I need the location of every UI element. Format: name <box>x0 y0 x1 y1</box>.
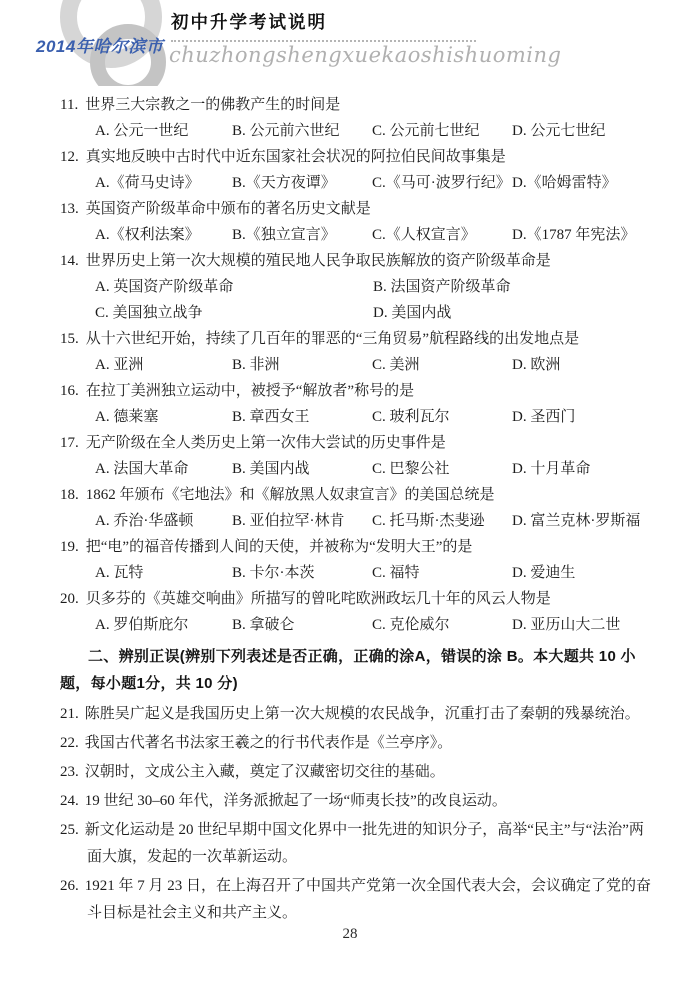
options-row: A.《荷马史诗》 B.《天方夜谭》 C.《马可·波罗行纪》 D.《哈姆雷特》 <box>95 170 658 196</box>
question-stem: 真实地反映中古时代中近东国家社会状况的阿拉伯民间故事集是 <box>86 149 506 165</box>
options-row: A. 英国资产阶级革命 B. 法国资产阶级革命 <box>95 274 658 300</box>
page-number: 28 <box>0 926 700 943</box>
options-row: C. 美国独立战争 D. 美国内战 <box>95 300 658 326</box>
question-block: 18.1862 年颁布《宅地法》和《解放黑人奴隶宣言》的美国总统是 A. 乔治·… <box>60 482 658 534</box>
option: C.《人权宣言》 <box>372 222 512 248</box>
questions-area: 11.世界三大宗教之一的佛教产生的时间是 A. 公元一世纪 B. 公元前六世纪 … <box>0 86 700 927</box>
question-number: 14. <box>60 253 79 269</box>
question-block: 20.贝多芬的《英雄交响曲》所描写的曾叱咤欧洲政坛几十年的风云人物是 A. 罗伯… <box>60 586 658 638</box>
options-row: A. 德莱塞 B. 章西女王 C. 玻利瓦尔 D. 圣西门 <box>95 404 658 430</box>
options-row: A. 瓦特 B. 卡尔·本茨 C. 福特 D. 爱迪生 <box>95 560 658 586</box>
question-stem: 无产阶级在全人类历史上第一次伟大尝试的历史事件是 <box>86 435 446 451</box>
option: B. 卡尔·本茨 <box>232 560 372 586</box>
question-block: 11.世界三大宗教之一的佛教产生的时间是 A. 公元一世纪 B. 公元前六世纪 … <box>60 92 658 144</box>
question-number: 11. <box>60 97 78 113</box>
option: C. 巴黎公社 <box>372 456 512 482</box>
option: D. 爱迪生 <box>512 560 575 586</box>
option: B. 公元前六世纪 <box>232 118 372 144</box>
question-number: 24. <box>60 793 79 809</box>
question-text: 17.无产阶级在全人类历史上第一次伟大尝试的历史事件是 <box>60 430 658 456</box>
tf-statement: 19 世纪 30–60 年代，洋务派掀起了一场“师夷长技”的改良运动。 <box>85 793 507 809</box>
exam-year-region: 2014年哈尔滨市 <box>36 32 163 57</box>
question-number: 21. <box>60 706 79 722</box>
tf-statement: 新文化运动是 20 世纪早期中国文化界中一批先进的知识分子，高举“民主”与“法治… <box>85 822 644 865</box>
exam-title-pinyin: chuzhongshengxuekaoshishuoming <box>169 43 561 67</box>
option: D. 十月革命 <box>512 456 590 482</box>
question-number: 23. <box>60 764 79 780</box>
question-block: 19.把“电”的福音传播到人间的天使，并被称为“发明大王”的是 A. 瓦特 B.… <box>60 534 658 586</box>
option: A. 亚洲 <box>95 352 232 378</box>
question-number: 12. <box>60 149 79 165</box>
option: C. 福特 <box>372 560 512 586</box>
question-text: 20.贝多芬的《英雄交响曲》所描写的曾叱咤欧洲政坛几十年的风云人物是 <box>60 586 658 612</box>
tf-statement: 1921 年 7 月 23 日，在上海召开了中国共产党第一次全国代表大会，会议确… <box>85 878 651 921</box>
option: B. 章西女王 <box>232 404 372 430</box>
option: C. 玻利瓦尔 <box>372 404 512 430</box>
question-number: 15. <box>60 331 79 347</box>
question-block: 12.真实地反映中古时代中近东国家社会状况的阿拉伯民间故事集是 A.《荷马史诗》… <box>60 144 658 196</box>
option: A.《权利法案》 <box>95 222 232 248</box>
option: B. 法国资产阶级革命 <box>373 274 511 300</box>
page-header: 2014年哈尔滨市 初中升学考试说明 chuzhongshengxuekaosh… <box>0 0 700 86</box>
question-text: 13.英国资产阶级革命中颁布的著名历史文献是 <box>60 196 658 222</box>
option: A. 乔治·华盛顿 <box>95 508 232 534</box>
tf-question: 22.我国古代著名书法家王羲之的行书代表作是《兰亭序》。 <box>60 730 658 757</box>
question-text: 19.把“电”的福音传播到人间的天使，并被称为“发明大王”的是 <box>60 534 658 560</box>
exam-title: 初中升学考试说明 <box>171 9 327 34</box>
option: A. 罗伯斯庇尔 <box>95 612 232 638</box>
question-number: 17. <box>60 435 79 451</box>
option: B. 非洲 <box>232 352 372 378</box>
option: C. 克伦威尔 <box>372 612 512 638</box>
question-text: 11.世界三大宗教之一的佛教产生的时间是 <box>60 92 658 118</box>
options-row: A. 乔治·华盛顿 B. 亚伯拉罕·林肯 C. 托马斯·杰斐逊 D. 富兰克林·… <box>95 508 658 534</box>
question-stem: 英国资产阶级革命中颁布的著名历史文献是 <box>86 201 371 217</box>
question-block: 16.在拉丁美洲独立运动中，被授予“解放者”称号的是 A. 德莱塞 B. 章西女… <box>60 378 658 430</box>
question-number: 19. <box>60 539 79 555</box>
option: C. 美国独立战争 <box>95 300 373 326</box>
option: A. 公元一世纪 <box>95 118 232 144</box>
question-text: 18.1862 年颁布《宅地法》和《解放黑人奴隶宣言》的美国总统是 <box>60 482 658 508</box>
option: D.《1787 年宪法》 <box>512 222 635 248</box>
option: D. 富兰克林·罗斯福 <box>512 508 640 534</box>
question-stem: 贝多芬的《英雄交响曲》所描写的曾叱咤欧洲政坛几十年的风云人物是 <box>86 591 551 607</box>
option: A. 法国大革命 <box>95 456 232 482</box>
tf-question: 23.汉朝时，文成公主入藏，奠定了汉藏密切交往的基础。 <box>60 759 658 786</box>
option: D. 公元七世纪 <box>512 118 605 144</box>
option: A. 德莱塞 <box>95 404 232 430</box>
question-stem: 世界三大宗教之一的佛教产生的时间是 <box>85 97 340 113</box>
question-block: 14.世界历史上第一次大规模的殖民地人民争取民族解放的资产阶级革命是 A. 英国… <box>60 248 658 326</box>
option: B. 拿破仑 <box>232 612 372 638</box>
question-number: 16. <box>60 383 79 399</box>
option: B.《独立宣言》 <box>232 222 372 248</box>
option: A. 瓦特 <box>95 560 232 586</box>
option: B. 美国内战 <box>232 456 372 482</box>
question-block: 15.从十六世纪开始，持续了几百年的罪恶的“三角贸易”航程路线的出发地点是 A.… <box>60 326 658 378</box>
options-row: A.《权利法案》 B.《独立宣言》 C.《人权宣言》 D.《1787 年宪法》 <box>95 222 658 248</box>
option: D. 欧洲 <box>512 352 560 378</box>
option: C. 托马斯·杰斐逊 <box>372 508 512 534</box>
tf-statement: 陈胜吴广起义是我国历史上第一次大规模的农民战争，沉重打击了秦朝的残暴统治。 <box>85 706 640 722</box>
question-number: 26. <box>60 878 79 894</box>
tf-statement: 汉朝时，文成公主入藏，奠定了汉藏密切交往的基础。 <box>85 764 445 780</box>
question-stem: 把“电”的福音传播到人间的天使，并被称为“发明大王”的是 <box>86 539 473 555</box>
options-row: A. 亚洲 B. 非洲 C. 美洲 D. 欧洲 <box>95 352 658 378</box>
options-row: A. 罗伯斯庇尔 B. 拿破仑 C. 克伦威尔 D. 亚历山大二世 <box>95 612 658 638</box>
question-stem: 1862 年颁布《宅地法》和《解放黑人奴隶宣言》的美国总统是 <box>86 487 495 503</box>
option: D.《哈姆雷特》 <box>512 170 617 196</box>
question-number: 20. <box>60 591 79 607</box>
question-number: 13. <box>60 201 79 217</box>
option: B. 亚伯拉罕·林肯 <box>232 508 372 534</box>
option: C. 美洲 <box>372 352 512 378</box>
tf-question: 25.新文化运动是 20 世纪早期中国文化界中一批先进的知识分子，高举“民主”与… <box>60 817 658 871</box>
option: A. 英国资产阶级革命 <box>95 274 373 300</box>
tf-question: 24.19 世纪 30–60 年代，洋务派掀起了一场“师夷长技”的改良运动。 <box>60 788 658 815</box>
option: A.《荷马史诗》 <box>95 170 232 196</box>
question-text: 15.从十六世纪开始，持续了几百年的罪恶的“三角贸易”航程路线的出发地点是 <box>60 326 658 352</box>
exam-page: 2014年哈尔滨市 初中升学考试说明 chuzhongshengxuekaosh… <box>0 0 700 986</box>
question-block: 17.无产阶级在全人类历史上第一次伟大尝试的历史事件是 A. 法国大革命 B. … <box>60 430 658 482</box>
options-row: A. 公元一世纪 B. 公元前六世纪 C. 公元前七世纪 D. 公元七世纪 <box>95 118 658 144</box>
option: D. 亚历山大二世 <box>512 612 620 638</box>
question-number: 18. <box>60 487 79 503</box>
option: C. 公元前七世纪 <box>372 118 512 144</box>
title-divider <box>171 40 476 42</box>
question-number: 22. <box>60 735 79 751</box>
question-number: 25. <box>60 822 79 838</box>
question-text: 16.在拉丁美洲独立运动中，被授予“解放者”称号的是 <box>60 378 658 404</box>
option: C.《马可·波罗行纪》 <box>372 170 512 196</box>
section-heading: 二、辨别正误(辨别下列表述是否正确，正确的涂A，错误的涂 B。本大题共 10 小… <box>60 643 658 697</box>
question-stem: 从十六世纪开始，持续了几百年的罪恶的“三角贸易”航程路线的出发地点是 <box>86 331 579 347</box>
question-text: 12.真实地反映中古时代中近东国家社会状况的阿拉伯民间故事集是 <box>60 144 658 170</box>
question-text: 14.世界历史上第一次大规模的殖民地人民争取民族解放的资产阶级革命是 <box>60 248 658 274</box>
tf-statement: 我国古代著名书法家王羲之的行书代表作是《兰亭序》。 <box>85 735 453 751</box>
question-block: 13.英国资产阶级革命中颁布的著名历史文献是 A.《权利法案》 B.《独立宣言》… <box>60 196 658 248</box>
question-stem: 在拉丁美洲独立运动中，被授予“解放者”称号的是 <box>86 383 414 399</box>
option: B.《天方夜谭》 <box>232 170 372 196</box>
question-stem: 世界历史上第一次大规模的殖民地人民争取民族解放的资产阶级革命是 <box>86 253 551 269</box>
options-row: A. 法国大革命 B. 美国内战 C. 巴黎公社 D. 十月革命 <box>95 456 658 482</box>
tf-question: 21.陈胜吴广起义是我国历史上第一次大规模的农民战争，沉重打击了秦朝的残暴统治。 <box>60 701 658 728</box>
option: D. 美国内战 <box>373 300 451 326</box>
tf-question: 26.1921 年 7 月 23 日，在上海召开了中国共产党第一次全国代表大会，… <box>60 873 658 927</box>
option: D. 圣西门 <box>512 404 575 430</box>
